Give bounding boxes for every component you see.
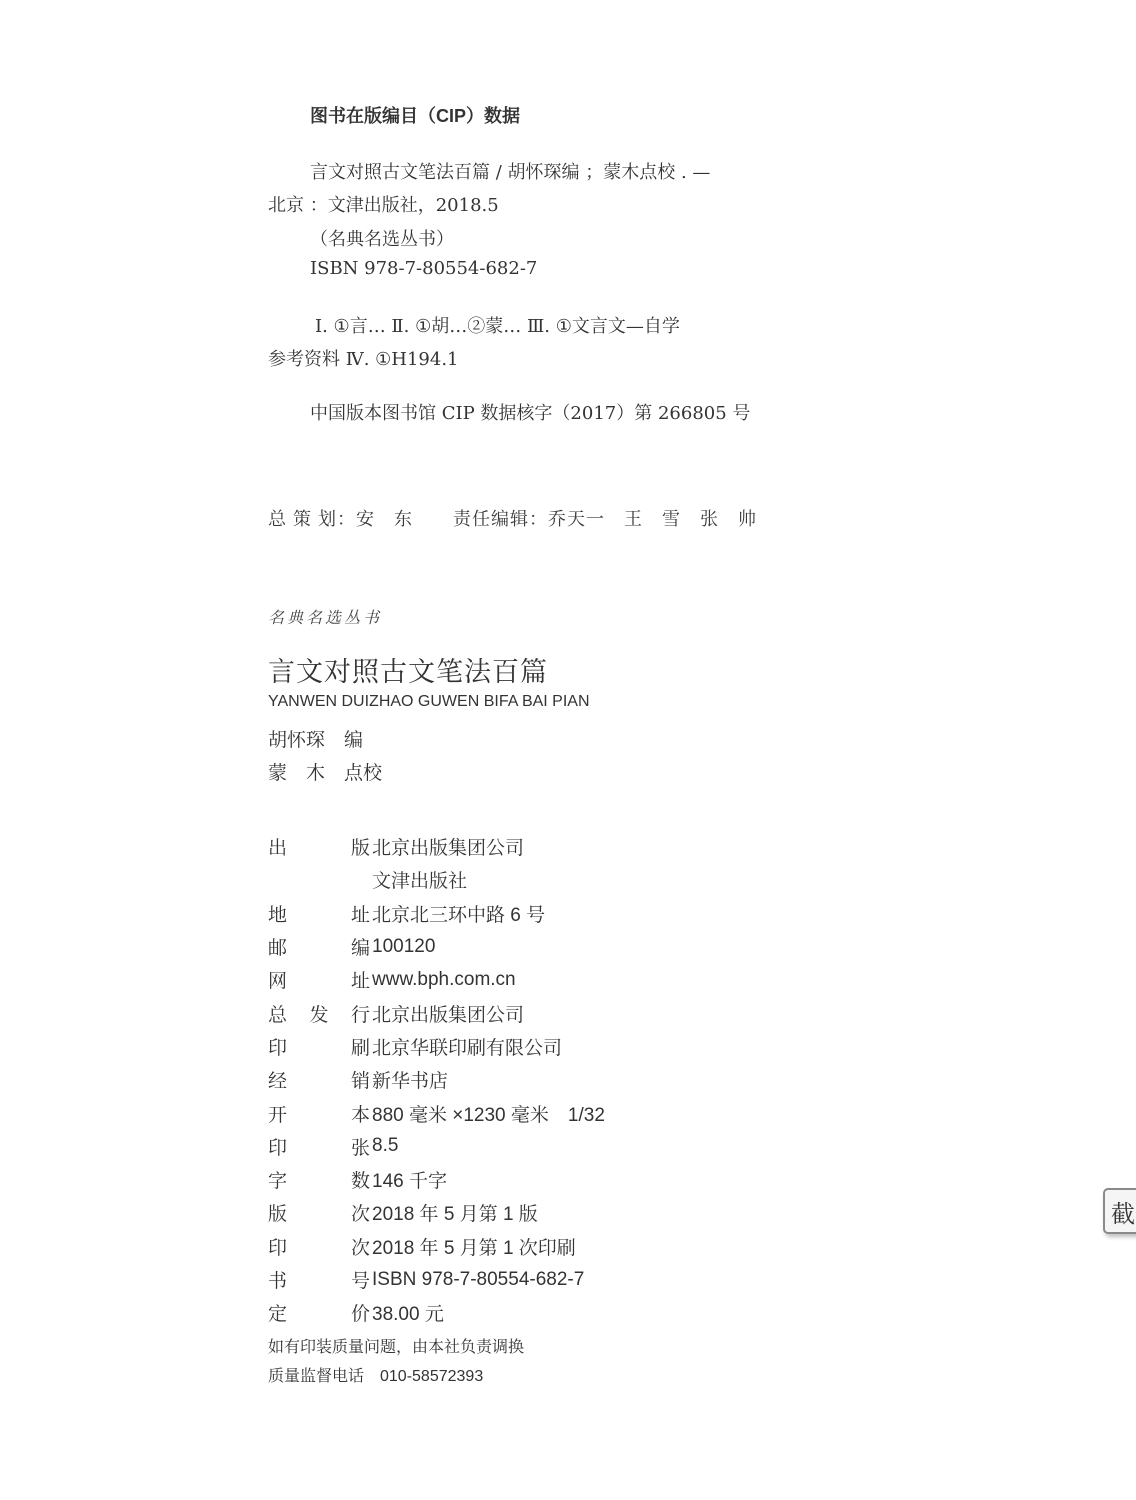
info-value: 880 毫米 ×1230 毫米 1/32 xyxy=(372,1100,605,1127)
info-row-publisher: 出版 北京出版集团公司 xyxy=(268,830,605,863)
info-label-char: 版 xyxy=(351,833,370,860)
info-label-char: 印 xyxy=(268,1233,287,1260)
info-value: 北京华联印刷有限公司 xyxy=(372,1033,562,1060)
credits-line: 总 策 划：安 东责任编辑：乔天一 王 雪 张 帅 xyxy=(268,505,757,531)
info-label-char: 网 xyxy=(268,966,287,993)
info-row-isbn: 书号 ISBN 978-7-80554-682-7 xyxy=(268,1263,605,1296)
info-label-char: 号 xyxy=(351,1266,370,1293)
info-label-char: 开 xyxy=(268,1100,287,1127)
info-value: 2018 年 5 月第 1 版 xyxy=(372,1199,538,1226)
info-label-char: 总 xyxy=(268,1000,287,1027)
info-value: 100120 xyxy=(372,936,435,958)
info-row-address: 地址 北京北三环中路 6 号 xyxy=(268,897,605,930)
copyright-page: 图书在版编目（CIP）数据 言文对照古文笔法百篇 / 胡怀琛编 ；蒙木点校 . … xyxy=(0,0,1136,1500)
cip-line-isbn: ISBN 978-7-80554-682-7 xyxy=(310,258,537,279)
info-row-distributor: 总发行 北京出版集团公司 xyxy=(268,996,605,1029)
info-label-char: 行 xyxy=(351,1000,370,1027)
cip-line-record-number: 中国版本图书馆 CIP 数据核字（2017）第 266805 号 xyxy=(310,399,750,425)
planner-name: 安 东 xyxy=(356,509,413,529)
info-label-char: 址 xyxy=(351,900,370,927)
info-value: www.bph.com.cn xyxy=(372,969,516,991)
cip-line-classification-cont: 参考资料 Ⅳ. ①H194.1 xyxy=(268,345,459,371)
info-label-char: 书 xyxy=(268,1266,287,1293)
info-value: 文津出版社 xyxy=(372,866,467,893)
info-value: ISBN 978-7-80554-682-7 xyxy=(372,1269,584,1291)
info-label-char: 定 xyxy=(268,1299,287,1326)
editor-label: 责任编辑： xyxy=(453,509,548,529)
info-row-postcode: 邮编 100120 xyxy=(268,930,605,963)
info-label-char: 价 xyxy=(351,1299,370,1326)
info-row-publisher-2: 文津出版社 xyxy=(268,863,605,896)
info-label-char: 版 xyxy=(268,1199,287,1226)
info-value: 2018 年 5 月第 1 次印刷 xyxy=(372,1233,576,1260)
info-value: 38.00 元 xyxy=(372,1299,444,1326)
info-label-char: 印 xyxy=(268,1133,287,1160)
info-value: 8.5 xyxy=(372,1135,398,1157)
info-row-printing: 印次 2018 年 5 月第 1 次印刷 xyxy=(268,1230,605,1263)
info-label-char: 次 xyxy=(351,1199,370,1226)
info-row-price: 定价 38.00 元 xyxy=(268,1296,605,1329)
info-label-char: 地 xyxy=(268,900,287,927)
cip-line-series: （名典名选丛书） xyxy=(310,225,454,251)
screenshot-float-button[interactable]: 截 xyxy=(1103,1188,1136,1234)
quality-hotline: 质量监督电话 010-58572393 xyxy=(268,1363,483,1386)
cip-line-title: 言文对照古文笔法百篇 / 胡怀琛编 ；蒙木点校 . — xyxy=(310,158,710,184)
info-label-char: 张 xyxy=(351,1133,370,1160)
info-row-printer: 印刷 北京华联印刷有限公司 xyxy=(268,1030,605,1063)
info-label-char: 数 xyxy=(351,1166,370,1193)
planner-label: 总 策 划： xyxy=(268,509,356,529)
info-label-char: 编 xyxy=(351,933,370,960)
info-label-char: 销 xyxy=(351,1066,370,1093)
info-value: 北京出版集团公司 xyxy=(372,833,524,860)
info-label-char: 经 xyxy=(268,1066,287,1093)
info-label-char: 址 xyxy=(351,966,370,993)
info-label-char: 次 xyxy=(351,1233,370,1260)
series-name: 名典名选丛书 xyxy=(268,605,382,628)
book-title: 言文对照古文笔法百篇 xyxy=(268,650,548,689)
info-label-char: 本 xyxy=(351,1100,370,1127)
cip-line-classification: Ⅰ. ①言… Ⅱ. ①胡…②蒙… Ⅲ. ①文言文—自学 xyxy=(315,312,680,338)
info-value: 北京出版集团公司 xyxy=(372,1000,524,1027)
screenshot-button-label: 截 xyxy=(1111,1194,1135,1229)
info-row-website: 网址 www.bph.com.cn xyxy=(268,963,605,996)
quality-note: 如有印装质量问题，由本社负责调换 xyxy=(268,1334,524,1357)
author-line: 胡怀琛 编 xyxy=(268,725,363,752)
info-value: 新华书店 xyxy=(372,1066,448,1093)
info-label-char: 字 xyxy=(268,1166,287,1193)
info-row-sheets: 印张 8.5 xyxy=(268,1130,605,1163)
cip-heading: 图书在版编目（CIP）数据 xyxy=(310,102,520,128)
info-label-char: 发 xyxy=(309,1000,328,1027)
info-label-char: 印 xyxy=(268,1033,287,1060)
info-label-char: 出 xyxy=(268,833,287,860)
cip-line-publisher: 北京 ：文津出版社，2018.5 xyxy=(268,191,499,217)
info-row-edition: 版次 2018 年 5 月第 1 版 xyxy=(268,1196,605,1229)
proofreader-line: 蒙 木 点校 xyxy=(268,758,382,785)
book-title-pinyin: YANWEN DUIZHAO GUWEN BIFA BAI PIAN xyxy=(268,693,590,711)
info-label-char: 邮 xyxy=(268,933,287,960)
info-row-seller: 经销 新华书店 xyxy=(268,1063,605,1096)
editor-names: 乔天一 王 雪 张 帅 xyxy=(548,509,757,529)
info-row-format: 开本 880 毫米 ×1230 毫米 1/32 xyxy=(268,1096,605,1129)
info-value: 146 千字 xyxy=(372,1166,447,1193)
info-value: 北京北三环中路 6 号 xyxy=(372,900,545,927)
info-row-word-count: 字数 146 千字 xyxy=(268,1163,605,1196)
info-label-char: 刷 xyxy=(351,1033,370,1060)
publication-info-table: 出版 北京出版集团公司 文津出版社 地址 北京北三环中路 6 号 邮编 1001… xyxy=(268,830,605,1329)
